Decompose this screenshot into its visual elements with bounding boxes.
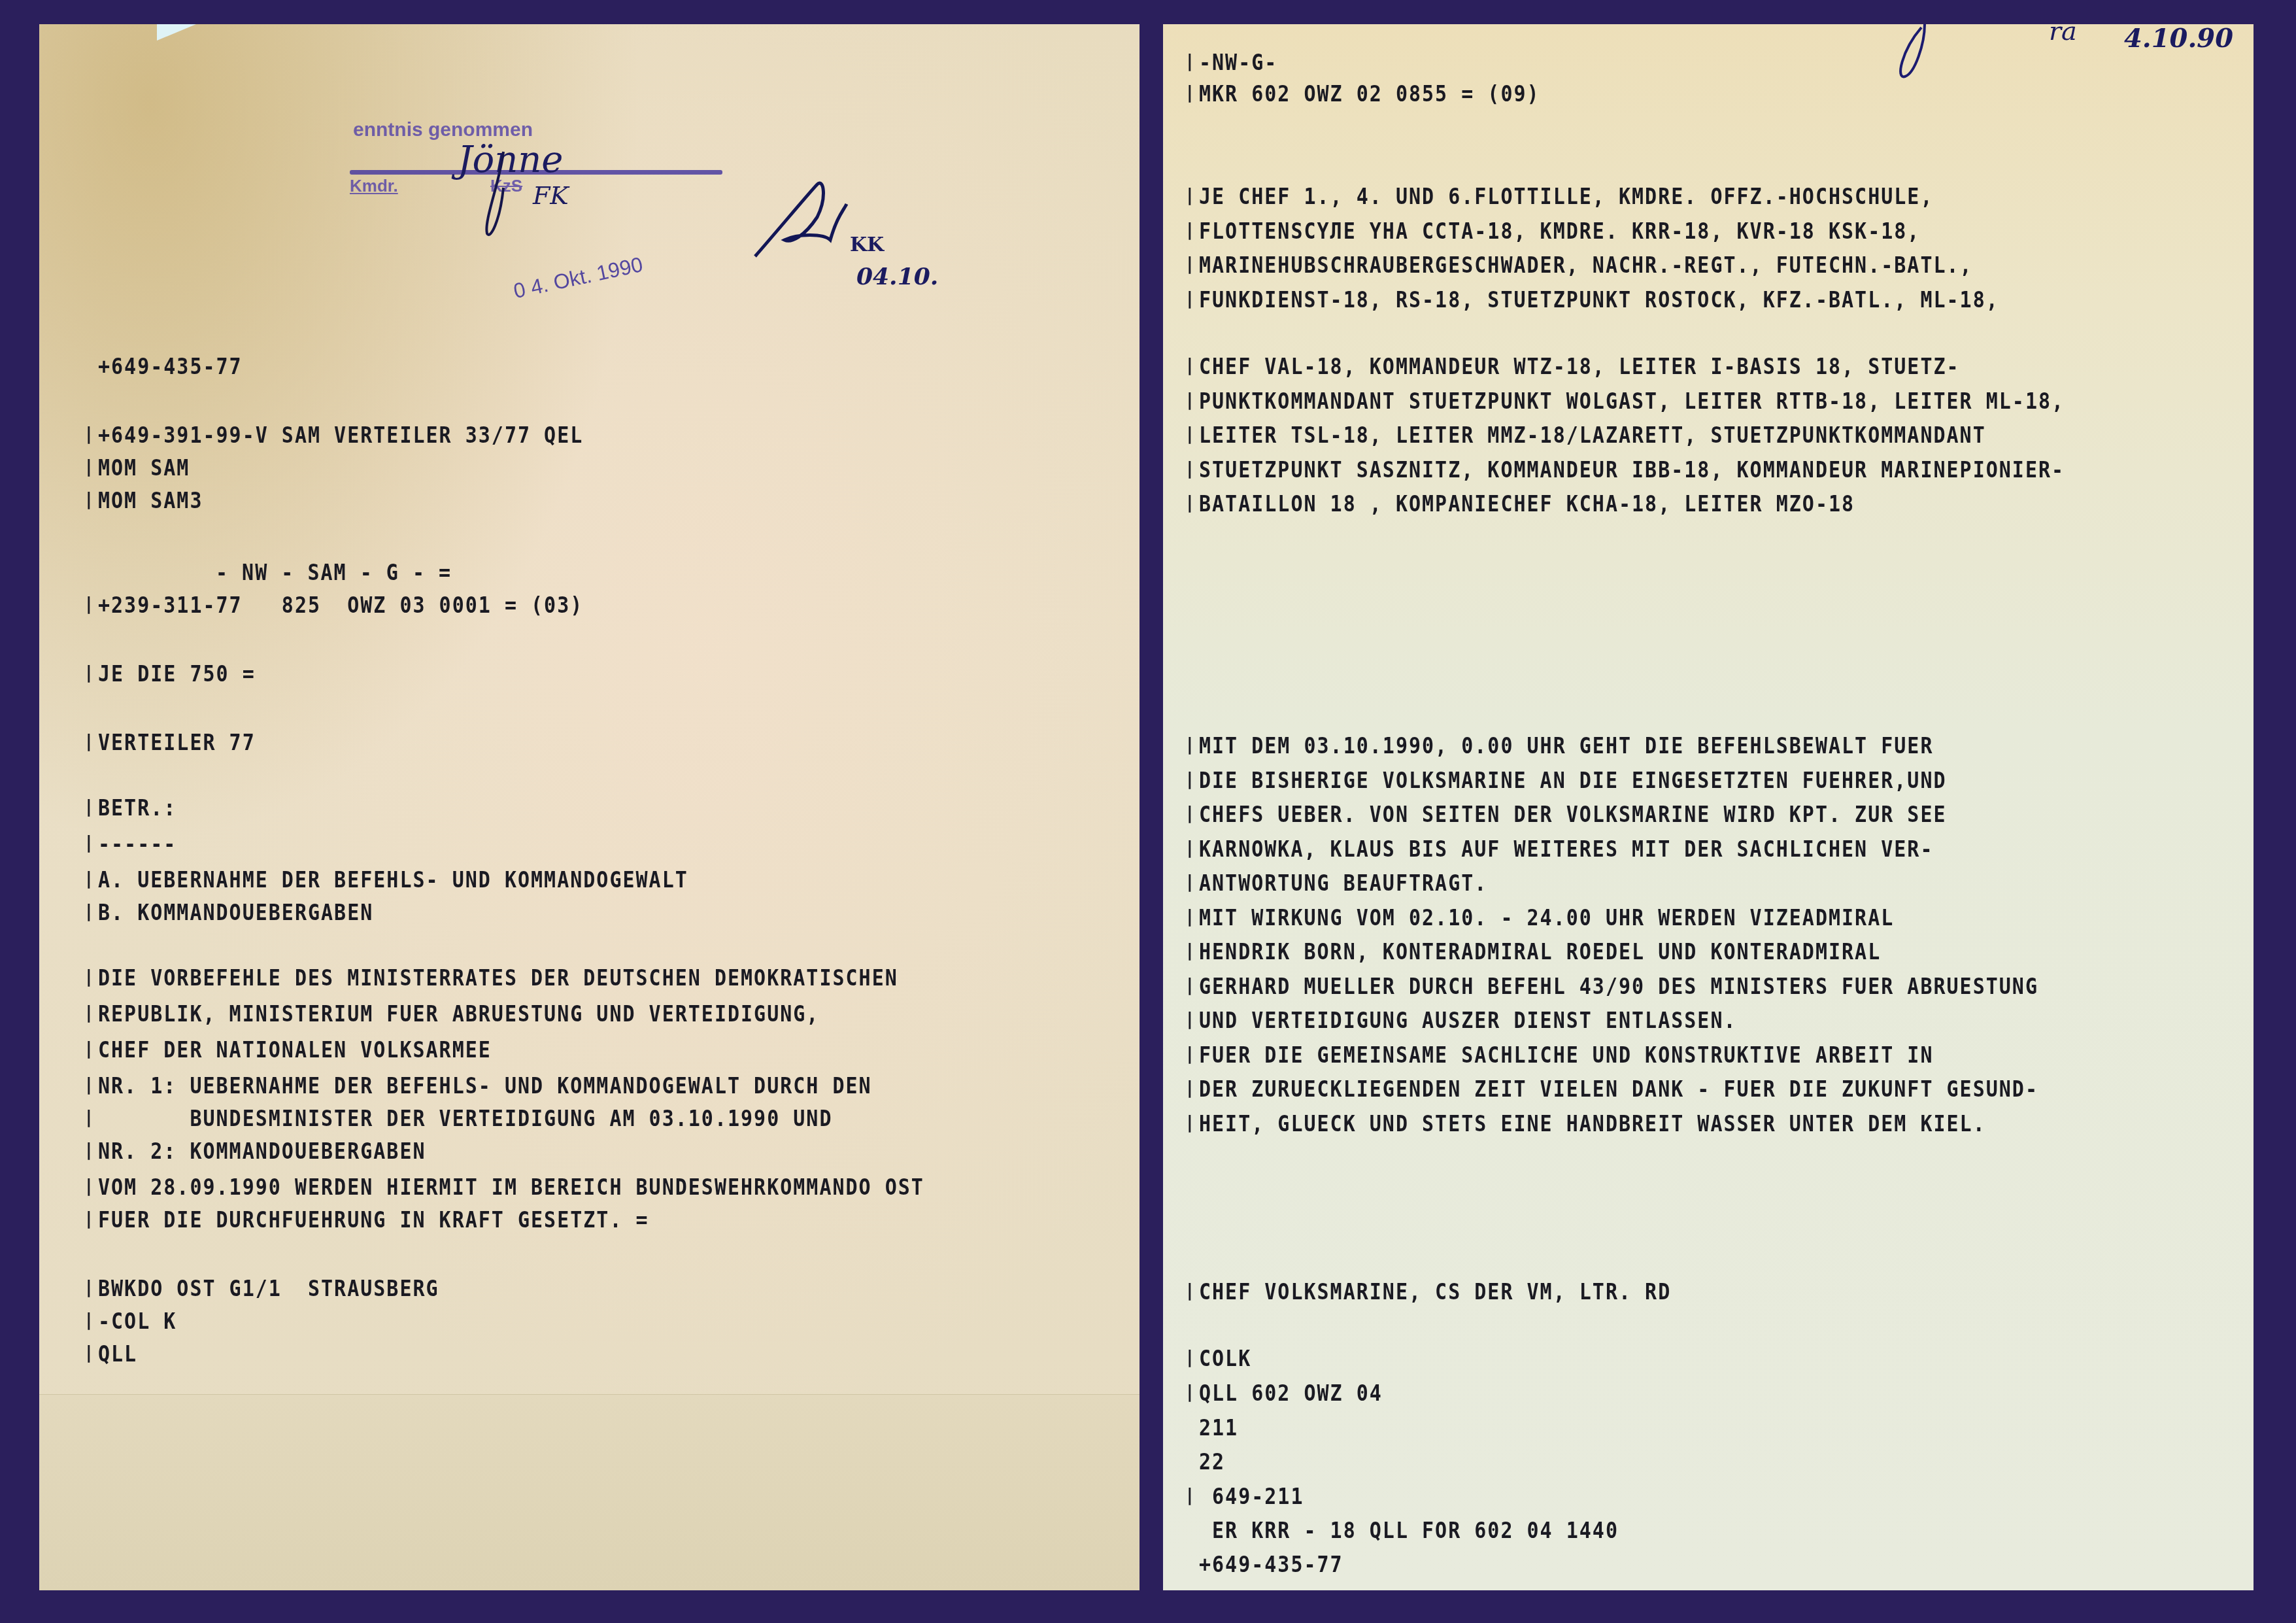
line-margin-mark: | (1185, 941, 1195, 961)
telex-line: GERHARD MUELLER DURCH BEFEHL 43/90 DES M… (1199, 974, 2038, 1000)
line-margin-mark: | (1185, 459, 1195, 479)
telex-line: FLOTTENSCYЛE YHA CCTA-18, KMDRE. KRR-18,… (1199, 219, 1920, 245)
line-margin-mark: | (1185, 289, 1195, 309)
telex-line: PUNKTKOMMANDANT STUETZPUNKT WOLGAST, LEI… (1199, 389, 2065, 415)
date-stamp: 0 4. Okt. 1990 (511, 252, 645, 303)
line-margin-mark: | (84, 1310, 94, 1330)
line-margin-mark: | (1185, 1281, 1195, 1301)
line-margin-mark: | (1185, 220, 1195, 240)
line-margin-mark: | (1185, 838, 1195, 858)
telex-line: NR. 1: UEBERNAHME DER BEFEHLS- UND KOMMA… (98, 1074, 872, 1099)
telex-line: -NW-G- (1199, 50, 1277, 76)
line-margin-mark: | (1185, 735, 1195, 755)
line-margin-mark: | (84, 1278, 94, 1297)
line-margin-mark: | (1185, 976, 1195, 995)
line-margin-mark: | (1185, 907, 1195, 927)
telex-line: B. KOMMANDOUEBERGABEN (98, 900, 373, 926)
telex-line: MOM SAM (98, 456, 190, 481)
line-margin-mark: | (84, 1075, 94, 1095)
telex-line: BATAILLON 18 , KOMPANIECHEF KCHA-18, LEI… (1199, 492, 1855, 517)
telex-line: -COL K (98, 1309, 177, 1335)
line-margin-mark: | (84, 1108, 94, 1127)
line-margin-mark: | (1185, 1486, 1195, 1505)
telex-line: CHEFS UEBER. VON SEITEN DER VOLKSMARINE … (1199, 802, 1947, 828)
telex-line: FUER DIE GEMEINSAME SACHLICHE UND KONSTR… (1199, 1043, 1933, 1068)
telex-line: COLK (1199, 1346, 1251, 1372)
handwritten-rank-2: KK (850, 233, 884, 256)
line-margin-mark: | (84, 490, 94, 509)
telex-line: - NW - SAM - G - = (216, 560, 452, 586)
telex-line: 22 (1199, 1450, 1225, 1475)
telex-line: 649-211 (1199, 1484, 1304, 1510)
telex-line: FUNKDIENST-18, RS-18, STUETZPUNKT ROSTOC… (1199, 288, 1999, 313)
telex-line: DER ZURUECKLIEGENDEN ZEIT VIELEN DANK - … (1199, 1077, 2038, 1102)
telex-line: UND VERTEIDIGUNG AUSZER DIENST ENTLASSEN… (1199, 1008, 1737, 1034)
telex-line: MKR 602 OWZ 02 0855 = (09) (1199, 82, 1540, 107)
telex-line: ER KRR - 18 QLL FOR 602 04 1440 (1199, 1518, 1619, 1544)
telex-line: LEITER TSL-18, LEITER MMZ-18/LAZARETT, S… (1199, 423, 1986, 449)
telex-line: QLL 602 OWZ 04 (1199, 1381, 1383, 1407)
line-margin-mark: | (84, 457, 94, 477)
line-margin-mark: | (1185, 1010, 1195, 1029)
line-margin-mark: | (84, 663, 94, 683)
line-margin-mark: | (84, 424, 94, 444)
line-margin-mark: | (1185, 390, 1195, 410)
paper-lower-band (39, 1394, 1140, 1590)
line-margin-mark: | (84, 732, 94, 751)
telex-line: HEIT, GLUECK UND STETS EINE HANDBREIT WA… (1199, 1112, 1986, 1137)
signature-born (752, 178, 863, 269)
telex-line: NR. 2: KOMMANDOUEBERGABEN (98, 1139, 426, 1165)
line-margin-mark: | (84, 1209, 94, 1229)
telex-line: A. UEBERNAHME DER BEFEHLS- UND KOMMANDOG… (98, 868, 688, 893)
telex-line: KARNOWKA, KLAUS BIS AUF WEITERES MIT DER… (1199, 837, 1933, 863)
telex-line: BWKDO OST G1/1 STRAUSBERG (98, 1276, 439, 1302)
line-margin-mark: | (84, 1003, 94, 1023)
folded-corner (157, 24, 196, 41)
telex-line: CHEF VOLKSMARINE, CS DER VM, LTR. RD (1199, 1280, 1671, 1305)
handwritten-note: ra (2049, 24, 2077, 46)
line-margin-mark: | (84, 869, 94, 889)
line-margin-mark: | (84, 967, 94, 987)
line-margin-mark: | (1185, 1113, 1195, 1133)
line-margin-mark: | (84, 902, 94, 921)
telex-line: VERTEILER 77 (98, 730, 256, 756)
line-margin-mark: | (1185, 424, 1195, 444)
telex-line: DIE BISHERIGE VOLKSMARINE AN DIE EINGESE… (1199, 768, 1947, 794)
line-margin-mark: | (1185, 1078, 1195, 1098)
telex-line: MIT DEM 03.10.1990, 0.00 UHR GEHT DIE BE… (1199, 734, 1933, 759)
line-margin-mark: | (1185, 493, 1195, 513)
line-margin-mark: | (1185, 83, 1195, 103)
telex-line: ANTWORTUNG BEAUFTRAGT. (1199, 871, 1487, 897)
line-margin-mark: | (84, 797, 94, 817)
line-margin-mark: | (84, 1140, 94, 1160)
telex-line: STUETZPUNKT SASZNITZ, KOMMANDEUR IBB-18,… (1199, 458, 2065, 483)
line-margin-mark: | (84, 1343, 94, 1363)
telex-line: +649-435-77 (98, 354, 243, 380)
telex-line: HENDRIK BORN, KONTERADMIRAL ROEDEL UND K… (1199, 940, 1881, 965)
line-margin-mark: | (1185, 254, 1195, 274)
line-margin-mark: | (1185, 804, 1195, 823)
telex-line: REPUBLIK, MINISTERIUM FUER ABRUESTUNG UN… (98, 1002, 819, 1027)
acknowledgement-stamp: enntnis genommen (353, 119, 533, 141)
telex-line: MARINEHUBSCHRAUBERGESCHWADER, NACHR.-REG… (1199, 253, 1973, 279)
line-margin-mark: | (1185, 770, 1195, 789)
line-margin-mark: | (84, 833, 94, 853)
telex-line: JE CHEF 1., 4. UND 6.FLOTTILLE, KMDRE. O… (1199, 184, 1933, 210)
telex-line: +649-435-77 (1199, 1552, 1343, 1578)
telex-line: FUER DIE DURCHFUEHRUNG IN KRAFT GESETZT.… (98, 1208, 649, 1233)
line-margin-mark: | (1185, 1382, 1195, 1402)
telex-line: CHEF VAL-18, KOMMANDEUR WTZ-18, LEITER I… (1199, 354, 1960, 380)
handwritten-rank-1: FK (533, 181, 569, 210)
telex-line: VOM 28.09.1990 WERDEN HIERMIT IM BEREICH… (98, 1175, 924, 1201)
telex-line: +649-391-99-V SAM VERTEILER 33/77 QEL (98, 423, 583, 449)
telex-line: +239-311-77 825 OWZ 03 0001 = (03) (98, 593, 583, 619)
telex-line: DIE VORBEFEHLE DES MINISTERRATES DER DEU… (98, 966, 898, 991)
handwritten-date-right: 4.10.90 (2124, 24, 2233, 54)
handwritten-initial-loop (1895, 24, 1934, 83)
stamp-label-kmdr: Kmdr. (350, 176, 398, 196)
line-margin-mark: | (84, 1039, 94, 1059)
line-margin-mark: | (1185, 1044, 1195, 1064)
line-margin-mark: | (1185, 872, 1195, 892)
telex-line: CHEF DER NATIONALEN VOLKSARMEE (98, 1038, 492, 1063)
line-margin-mark: | (84, 594, 94, 614)
telex-line: QLL (98, 1342, 137, 1367)
telex-line: MOM SAM3 (98, 488, 203, 514)
telex-page-left: enntnis genommen Kmdr. KzS Jönne FK KK 0… (39, 24, 1140, 1590)
line-margin-mark: | (1185, 356, 1195, 375)
line-margin-mark: | (1185, 186, 1195, 205)
telex-line: BUNDESMINISTER DER VERTEIDIGUNG AM 03.10… (98, 1106, 832, 1132)
line-margin-mark: | (1185, 1348, 1195, 1367)
telex-line: MIT WIRKUNG VOM 02.10. - 24.00 UHR WERDE… (1199, 906, 1894, 931)
telex-line: BETR.: (98, 796, 177, 821)
line-margin-mark: | (84, 1176, 94, 1196)
telex-page-right: ra 4.10.90 |-NW-G-|MKR 602 OWZ 02 0855 =… (1163, 24, 2254, 1590)
telex-line: JE DIE 750 = (98, 662, 256, 687)
handwritten-date: 04.10. (856, 263, 938, 290)
signature-loop-1 (477, 148, 516, 240)
telex-line: ------ (98, 832, 177, 857)
line-margin-mark: | (1185, 52, 1195, 71)
telex-line: 211 (1199, 1416, 1238, 1441)
